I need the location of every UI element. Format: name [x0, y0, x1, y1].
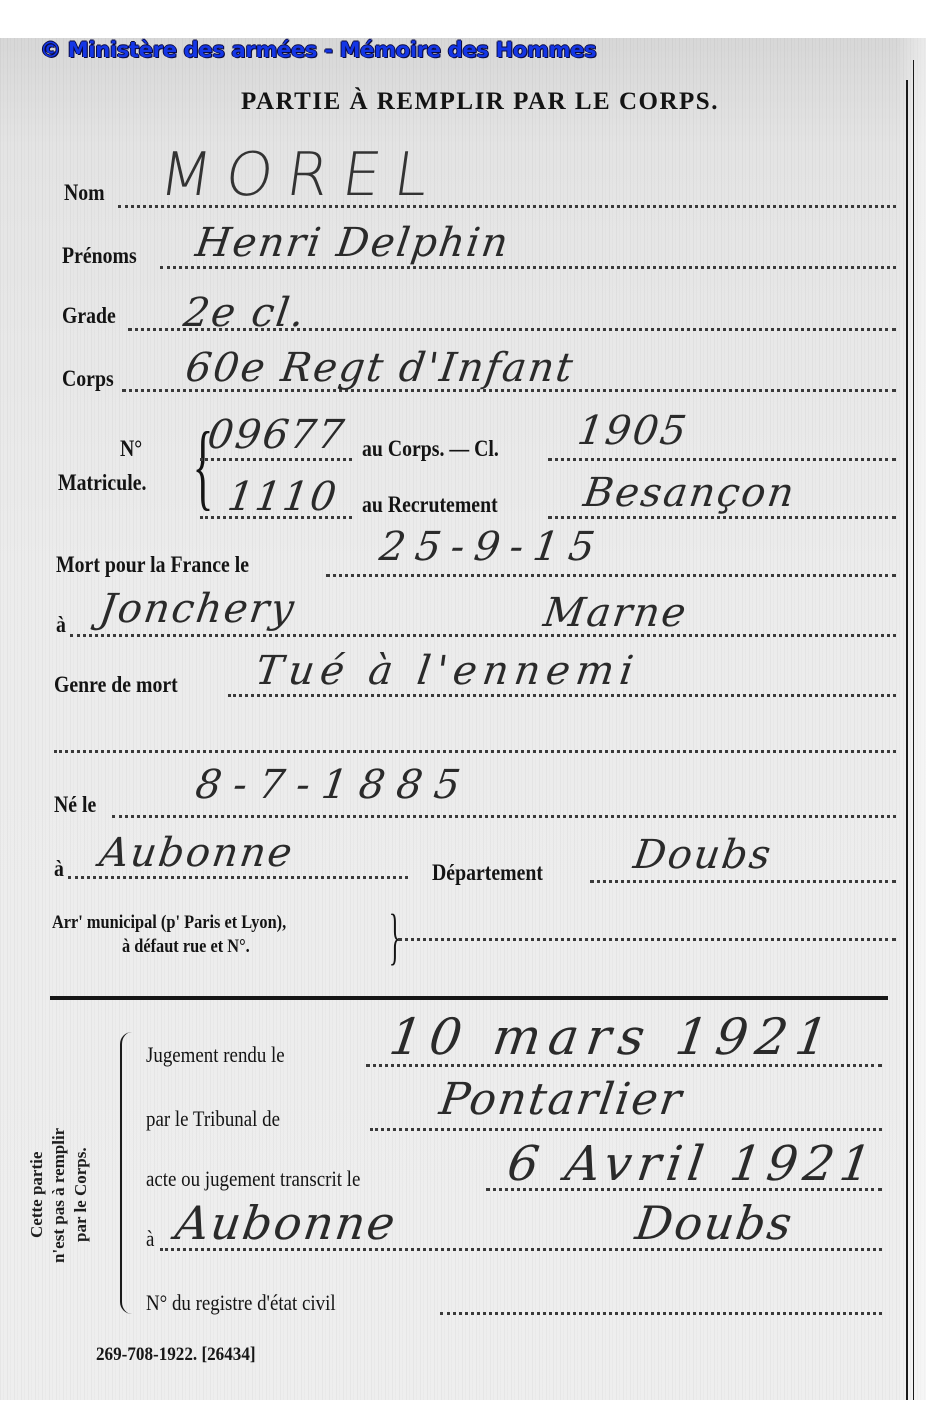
transcrit-departement-value: Doubs [632, 1196, 797, 1250]
mort-a-value: Jonchery [97, 586, 299, 632]
mort-a-label: à [56, 612, 66, 638]
prenoms-value: Henri Delphin [193, 220, 513, 266]
mort-le-line [326, 574, 896, 577]
matricule-corps-value: 09677 [205, 412, 349, 458]
right-border-rule-inner [913, 60, 914, 1400]
departement-line [590, 880, 896, 883]
prenoms-label: Prénoms [62, 243, 137, 269]
au-recrutement-label: au Recrutement [362, 492, 498, 518]
matricule-recrutement-value: 1110 [225, 474, 341, 520]
section-divider [50, 996, 888, 1000]
transcrit-a-value: Aubonne [172, 1196, 400, 1250]
arrondissement-label-1: Arr' municipal (p' Paris et Lyon), [52, 912, 286, 934]
blank-line [54, 750, 896, 753]
ne-a-line [68, 876, 408, 879]
mort-le-label: Mort pour la France le [56, 552, 249, 578]
recrutement-place-value: Besançon [581, 470, 799, 516]
classe-value: 1905 [575, 408, 691, 454]
arrondissement-line [398, 938, 896, 941]
section-brace [120, 1032, 136, 1314]
grade-value: 2e cl. [181, 290, 309, 336]
mort-a-line [70, 634, 896, 637]
registre-label: N° du registre d'état civil [146, 1290, 336, 1316]
form-reference-code: 269-708-1922. [26434] [96, 1344, 256, 1366]
mort-departement-value: Marne [541, 590, 691, 636]
arrondissement-brace: } [389, 906, 401, 968]
ne-le-value: 8-7-1885 [193, 762, 475, 808]
prenoms-line [160, 266, 896, 269]
transcrit-a-label: à [146, 1226, 154, 1252]
mort-le-value: 25-9-15 [377, 524, 608, 570]
side-note-line-2: n'est pas à remplir [48, 1080, 70, 1310]
jugement-value: 10 mars 1921 [386, 1008, 840, 1066]
transcrit-value: 6 Avril 1921 [504, 1136, 881, 1192]
classe-line [548, 458, 896, 461]
grade-label: Grade [62, 303, 116, 329]
tribunal-label: par le Tribunal de [146, 1106, 280, 1132]
right-border-rule [906, 80, 908, 1400]
ne-le-label: Né le [54, 792, 96, 818]
tribunal-line [370, 1128, 882, 1131]
watermark: © Ministère des armées - Mémoire des Hom… [40, 38, 596, 62]
transcrit-label: acte ou jugement transcrit le [146, 1166, 360, 1192]
tribunal-value: Pontarlier [436, 1074, 686, 1125]
genre-de-mort-value: Tué à l'ennemi [253, 648, 642, 694]
departement-label: Département [432, 860, 543, 886]
matricule-corps-line [200, 458, 352, 461]
registre-line [440, 1312, 882, 1315]
ne-departement-value: Doubs [631, 832, 776, 878]
ne-a-value: Aubonne [97, 830, 297, 876]
genre-de-mort-label: Genre de mort [54, 672, 178, 698]
ne-a-label: à [54, 856, 64, 882]
jugement-label: Jugement rendu le [146, 1042, 285, 1068]
nom-label: Nom [64, 180, 105, 206]
side-note-line-1: Cette partie [26, 1080, 48, 1310]
corps-value: 60e Regt d'Infant [183, 345, 578, 391]
page-title: PARTIE À REMPLIR PAR LE CORPS. [0, 88, 944, 116]
nom-value: MOREL [155, 140, 447, 210]
au-corps-label: au Corps. — Cl. [362, 436, 499, 462]
arrondissement-label-2: à défaut rue et N°. [122, 936, 250, 958]
matricule-label: Matricule. [58, 470, 146, 496]
matricule-label-n: N° [120, 436, 142, 462]
side-note-line-3: par le Corps. [70, 1080, 92, 1310]
recrutement-place-line [548, 516, 896, 519]
ne-le-line [112, 815, 896, 818]
corps-label: Corps [62, 366, 114, 392]
genre-de-mort-line [228, 694, 896, 697]
